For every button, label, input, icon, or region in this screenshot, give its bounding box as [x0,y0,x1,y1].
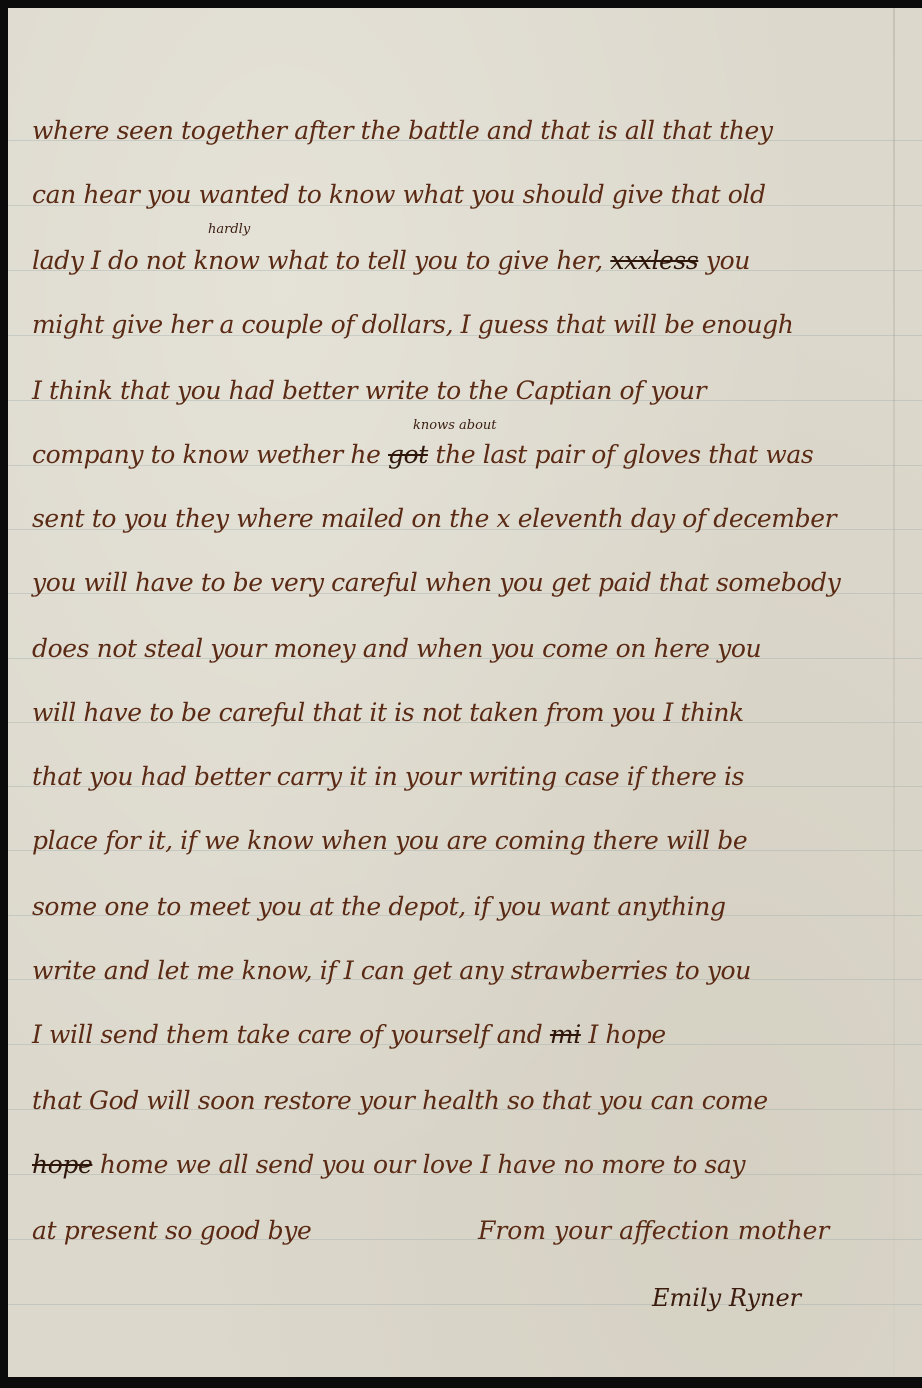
letter-line-14: write and let me know, if I can get any … [32,956,751,985]
letter-line-9: does not steal your money and when you c… [32,634,761,663]
letter-line-12: place for it, if we know when you are co… [32,826,747,855]
paper-fold [893,8,895,1377]
struck-word: xxxless [610,246,698,275]
closing-line: From your affection mother [478,1216,829,1245]
letter-line-6: company to know wether he got the last p… [32,440,813,469]
line-text: I hope [588,1020,665,1049]
line-text: I will send them take care of yourself a… [32,1020,542,1049]
letter-line-18: at present so good bye [32,1216,311,1245]
letter-line-8: you will have to be very careful when yo… [32,568,840,597]
insertion-knows-about: knows about [413,418,497,433]
letter-line-16: that God will soon restore your health s… [32,1086,768,1115]
letter-line-5: I think that you had better write to the… [32,376,706,405]
letter-line-7: sent to you they where mailed on the x e… [32,504,836,533]
struck-word: hope [32,1150,92,1179]
letter-line-2: can hear you wanted to know what you sho… [32,180,766,209]
letter-line-10: will have to be careful that it is not t… [32,698,744,727]
line-text: the last pair of gloves that was [435,440,813,469]
letter-line-1: where seen together after the battle and… [32,116,773,145]
struck-word: mi [550,1020,581,1049]
line-text: company to know wether he [32,440,380,469]
letter-line-4: might give her a couple of dollars, I gu… [32,310,793,339]
insertion-hardly: hardly [208,222,250,237]
letter-line-17: hope home we all send you our love I hav… [32,1150,745,1179]
line-text: home we all send you our love I have no … [100,1150,745,1179]
signature: Emily Ryner [652,1284,801,1312]
letter-line-15: I will send them take care of yourself a… [32,1020,666,1049]
letter-line-11: that you had better carry it in your wri… [32,762,744,791]
letter-page: where seen together after the battle and… [8,8,922,1377]
letter-line-3: lady I do not know what to tell you to g… [32,246,750,275]
letter-line-13: some one to meet you at the depot, if yo… [32,892,726,921]
struck-word: got [388,440,428,469]
line-text: lady I do not know what to tell you to g… [32,246,603,275]
line-text: you [706,246,750,275]
